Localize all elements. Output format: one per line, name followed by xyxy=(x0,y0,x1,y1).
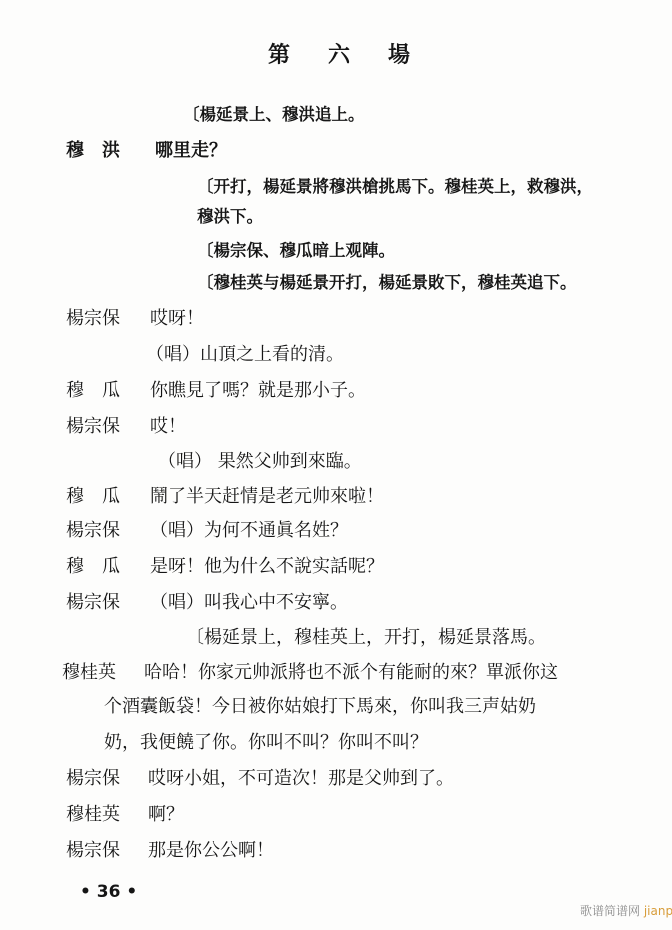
title-char: 第 xyxy=(268,38,290,69)
speaker-name: 穆桂英 xyxy=(62,662,116,684)
dialogue-text: 哎呀小姐，不可造次！那是父帅到了。 xyxy=(148,768,454,790)
stage-direction: 〔穆桂英与楊延景开打，楊延景敗下，穆桂英追下。 xyxy=(197,272,577,294)
stage-direction: 〔楊延景上、穆洪追上。 xyxy=(183,104,365,126)
stage-direction: 〔开打，楊延景將穆洪槍挑馬下。穆桂英上，救穆洪， xyxy=(197,176,593,198)
dialogue-text: 哪里走？ xyxy=(155,140,227,162)
title-char: 六 xyxy=(328,38,350,69)
watermark-en: jianpu.cn xyxy=(644,904,672,918)
dialogue-text: 哎！ xyxy=(150,416,186,438)
dialogue-text: 那是你公公啊！ xyxy=(148,840,274,862)
speaker-name: 穆 瓜 xyxy=(66,380,120,402)
dialogue-text-cont: 个酒囊飯袋！今日被你姑娘打下馬來，你叫我三声姑奶 xyxy=(104,696,536,718)
stage-direction-cont: 穆洪下。 xyxy=(197,206,263,228)
title-char: 場 xyxy=(388,38,410,69)
watermark: 歌谱简谱网 jianpu.cn xyxy=(580,902,672,919)
stage-direction: 〔楊宗保、穆瓜暗上观陣。 xyxy=(197,240,395,262)
dialogue-text: 是呀！他为什么不說实話呢？ xyxy=(150,556,384,578)
speaker-name: 楊宗保 xyxy=(66,592,120,614)
dialogue-text: （唱）为何不通眞名姓？ xyxy=(150,520,348,542)
watermark-cn: 歌谱简谱网 xyxy=(580,904,640,918)
speaker-name: 楊宗保 xyxy=(66,768,120,790)
speaker-name: 楊宗保 xyxy=(66,520,120,542)
speaker-name: 穆桂英 xyxy=(66,804,120,826)
sung-line: （唱）山頂之上看的清。 xyxy=(146,344,344,366)
dialogue-text: 鬧了半天赶情是老元帅來啦！ xyxy=(150,486,384,508)
dialogue-text: 哎呀！ xyxy=(150,308,204,330)
sung-line: （唱） 果然父帅到來臨。 xyxy=(158,451,362,473)
dialogue-text: 啊？ xyxy=(148,804,184,826)
speaker-name: 穆 瓜 xyxy=(66,556,120,578)
page-number: • 36 • xyxy=(80,882,137,902)
dialogue-text: （唱）叫我心中不安寧。 xyxy=(150,592,348,614)
dialogue-text-cont: 奶，我便饒了你。你叫不叫？你叫不叫？ xyxy=(104,732,428,754)
scene-title: 第六場 xyxy=(268,38,448,69)
dialogue-text: 哈哈！你家元帅派將也不派个有能耐的來？單派你这 xyxy=(144,662,558,684)
speaker-name: 穆 洪 xyxy=(66,140,120,162)
speaker-name: 楊宗保 xyxy=(66,840,120,862)
speaker-name: 楊宗保 xyxy=(66,416,120,438)
speaker-name: 楊宗保 xyxy=(66,308,120,330)
speaker-name: 穆 瓜 xyxy=(66,486,120,508)
stage-direction: 〔楊延景上，穆桂英上，开打，楊延景落馬。 xyxy=(186,627,546,649)
dialogue-text: 你瞧見了嗎？就是那小子。 xyxy=(150,380,366,402)
